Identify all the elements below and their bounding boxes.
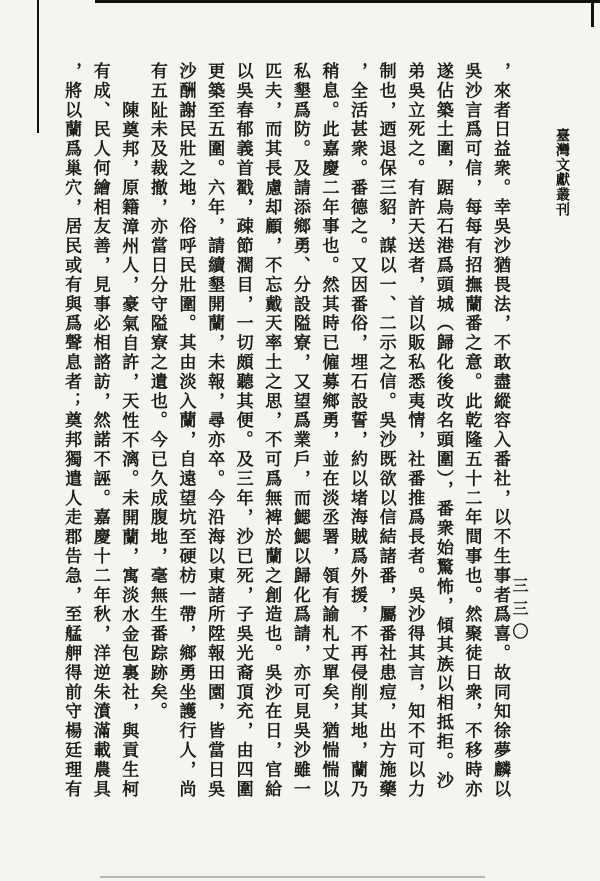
paragraph-wu-sha: ，來者日益衆。幸吳沙猶畏法，不敢盡縱容入番社，以不生事者爲喜。故同知徐夢麟以吳沙… — [142, 62, 514, 802]
scan-artifact-left-edge-line — [37, 0, 39, 133]
paragraph-chen-dian-bang: 陳奠邦，原籍漳州人，豪氣自許，天性不漓。未開蘭，寓淡水金包裏社，與貢生柯有成、民… — [57, 62, 143, 802]
scan-artifact-bottom-smudge — [100, 876, 485, 878]
series-title: 臺灣文獻叢刊 — [551, 128, 571, 217]
scanned-book-page: 臺灣文獻叢刊 三三〇 ，來者日益衆。幸吳沙猶畏法，不敢盡縱容入番社，以不生事者爲… — [0, 0, 600, 881]
scan-artifact-top-edge-line — [95, 0, 600, 3]
scan-artifact-right-edge-tick — [591, 0, 594, 27]
body-text-block: ，來者日益衆。幸吳沙猶畏法，不敢盡縱容入番社，以不生事者爲喜。故同知徐夢麟以吳沙… — [56, 62, 514, 802]
